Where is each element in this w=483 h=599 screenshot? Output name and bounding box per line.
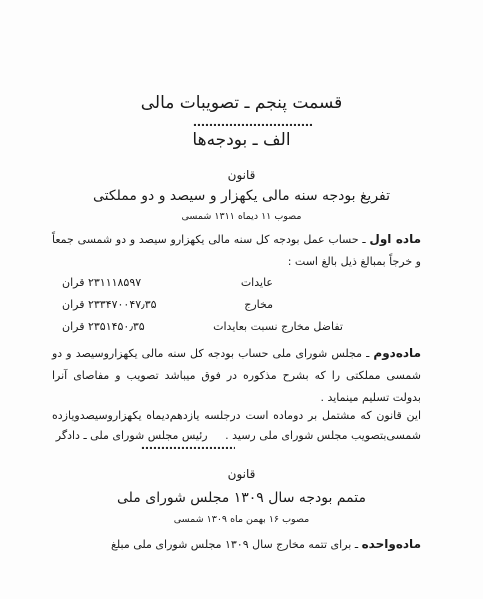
approval-date: مصوب ۱۶ بهمن ماه ۱۳۰۹ شمسی	[0, 514, 483, 525]
section-heading: الف ـ بودجه‌ها	[0, 130, 483, 150]
part-heading: قسمت پنجم ـ تصویبات مالی	[0, 93, 483, 113]
article-2: ماده‌دوم ـ مجلس شورای ملی حساب بودجه کل …	[52, 342, 421, 409]
single-article: ماده‌واحده ـ برای تتمه مخارج سال ۱۳۰۹ مج…	[52, 533, 421, 556]
amount-label: تفاضل مخارج نسبت بعایدات	[213, 320, 343, 333]
amount-value: ۲۳۳۴۷۰۰۴۷٫۳۵ قران	[62, 298, 157, 311]
article-heading: ماده اول	[369, 232, 421, 246]
article-heading: ماده‌واحده	[362, 537, 421, 551]
amount-row-difference: تفاضل مخارج نسبت بعایدات ۲۳۵۱۴۵۰٫۳۵ قران	[62, 320, 343, 333]
wavy-divider	[140, 445, 235, 451]
article-text: ـ برای تتمه مخارج سال ۱۳۰۹ مجلس شورای مل…	[111, 538, 362, 551]
article-text: ـ مجلس شورای ملی حساب بودجه کل سنه مالی …	[52, 347, 421, 404]
amount-value: ۲۳۵۱۴۵۰٫۳۵ قران	[62, 320, 145, 333]
closing-paragraph: این قانون که مشتمل بر دوماده است درجلسه …	[52, 406, 421, 446]
law-title: متمم بودجه سال ۱۳۰۹ مجلس شورای ملی	[0, 490, 483, 506]
amount-row-expenses: مخارج ۲۳۳۴۷۰۰۴۷٫۳۵ قران	[62, 298, 273, 311]
law-title: تفریغ بودجه سنه مالی یکهزار و سیصد و دو …	[0, 188, 483, 204]
article-1: ماده اول ـ حساب عمل بودجه کل سنه مالی یک…	[52, 228, 421, 273]
document-page: قسمت پنجم ـ تصویبات مالی الف ـ بودجه‌ها …	[0, 0, 483, 599]
article-heading: ماده‌دوم	[373, 346, 421, 360]
law-label: قانون	[0, 467, 483, 481]
amount-row-revenue: عایدات ۲۳۱۱۱۸۵۹۷ قران	[62, 276, 273, 289]
amount-label: مخارج	[244, 298, 273, 311]
signature: رئیس مجلس شورای ملی ـ دادگر	[56, 429, 208, 442]
approval-date: مصوب ۱۱ دیماه ۱۳۱۱ شمسی	[0, 211, 483, 222]
law-label: قانون	[0, 168, 483, 182]
article-text: ـ حساب عمل بودجه کل سنه مالی یکهزارو سیص…	[52, 233, 421, 268]
wavy-divider	[192, 122, 312, 128]
amount-label: عایدات	[241, 276, 273, 289]
amount-value: ۲۳۱۱۱۸۵۹۷ قران	[62, 276, 141, 289]
